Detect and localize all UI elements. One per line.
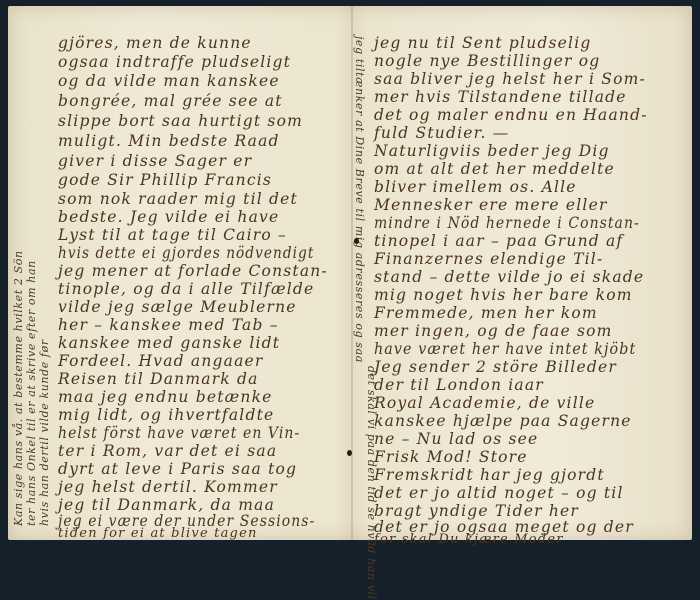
text-line: hvis dette ei gjordes nödvendigt bbox=[58, 244, 314, 262]
text-line: jeg helst dertil. Kommer bbox=[58, 478, 278, 496]
left-page: gjöres, men de kunne ogsaa indtraffe plu… bbox=[58, 6, 348, 540]
text-line: ogsaa indtraffe pludseligt bbox=[58, 53, 291, 71]
text-line: muligt. Min bedste Raad bbox=[58, 132, 280, 150]
right-page: jeg nu til Sent pludselig nogle nye Best… bbox=[374, 6, 684, 540]
text-line: have været her have intet kjöbt bbox=[374, 340, 636, 358]
text-line: Lyst til at tage til Cairo – bbox=[58, 226, 287, 244]
text-line: bongrée, mal grée see at bbox=[58, 92, 283, 110]
ink-blot bbox=[354, 238, 359, 244]
text-line: mig lidt, og ihvertfaldte bbox=[58, 406, 274, 424]
text-line: jeg mener at forlade Constan- bbox=[58, 262, 328, 280]
text-line: ne – Nu lad os see bbox=[374, 430, 538, 448]
text-line: om at alt det her meddelte bbox=[374, 160, 615, 178]
text-line: jeg nu til Sent pludselig bbox=[374, 34, 591, 52]
text-line: nogle nye Bestillinger og bbox=[374, 52, 600, 70]
text-line: dyrt at leve i Paris saa tog bbox=[58, 460, 297, 478]
text-line: mig noget hvis her bare kom bbox=[374, 286, 633, 304]
text-line: bliver imellem os. Alle bbox=[374, 178, 577, 196]
text-line: her – kanskee med Tab – bbox=[58, 316, 279, 334]
text-line: Frisk Mod! Store bbox=[374, 448, 528, 466]
text-line: stand – dette vilde jo ei skade bbox=[374, 268, 644, 286]
text-line: Finanzernes elendige Til- bbox=[374, 250, 603, 268]
text-line: fuld Studier. — bbox=[374, 124, 509, 142]
text-line: det og maler endnu en Haand- bbox=[374, 106, 648, 124]
text-line: kanskee med ganske lidt bbox=[58, 334, 280, 352]
text-line: mindre i Nöd hernede i Constan- bbox=[374, 214, 640, 232]
text-line: Reisen til Danmark da bbox=[58, 370, 259, 388]
left-margin-note-2: ter hans Onkel til er at skrive efter om… bbox=[25, 260, 38, 526]
text-line: gode Sir Phillip Francis bbox=[58, 171, 272, 189]
text-line: Royal Academie, de ville bbox=[374, 394, 595, 412]
text-line: ter i Rom, var det ei saa bbox=[58, 442, 277, 460]
text-line: for skal Du kjære Moder bbox=[374, 532, 564, 547]
text-line: Fremmede, men her kom bbox=[374, 304, 598, 322]
left-margin-note-1: Kan sige hans vå. at bestemme hvilket 2 … bbox=[12, 250, 25, 526]
text-line: maa jeg endnu betænke bbox=[58, 388, 273, 406]
left-margin-note-3: hvis han dertil vilde kunde før bbox=[38, 339, 51, 526]
letter-sheet: Kan sige hans vå. at bestemme hvilket 2 … bbox=[8, 6, 692, 540]
text-line: mer hvis Tilstandene tillade bbox=[374, 88, 627, 106]
text-line: tinopel i aar – paa Grund af bbox=[374, 232, 623, 250]
text-line: gjöres, men de kunne bbox=[58, 34, 252, 52]
text-line: giver i disse Sager er bbox=[58, 152, 252, 170]
text-line: tiden for ei at blive tagen bbox=[58, 526, 258, 541]
text-line: vilde jeg sælge Meublerne bbox=[58, 298, 297, 316]
text-line: Naturligviis beder jeg Dig bbox=[374, 142, 610, 160]
text-line: kanskee hjælpe paa Sagerne bbox=[374, 412, 632, 430]
text-line: der til London iaar bbox=[374, 376, 544, 394]
text-line: det er jo altid noget – og til bbox=[374, 484, 624, 502]
text-line: saa bliver jeg helst her i Som- bbox=[374, 70, 646, 88]
text-line: som nok raader mig til det bbox=[58, 190, 298, 208]
text-line: og da vilde man kanskee bbox=[58, 72, 280, 90]
center-margin-note-1: jeg tiltænker at Dine Breve til mig adre… bbox=[353, 36, 366, 363]
text-line: Mennesker ere mere eller bbox=[374, 196, 608, 214]
text-line: mer ingen, og de faae som bbox=[374, 322, 613, 340]
text-line: Jeg sender 2 störe Billeder bbox=[374, 358, 617, 376]
text-line: Fordeel. Hvad angaaer bbox=[58, 352, 264, 370]
text-line: helst först have været en Vin- bbox=[58, 424, 300, 442]
text-line: tinople, og da i alle Tilfælde bbox=[58, 280, 314, 298]
text-line: bedste. Jeg vilde ei have bbox=[58, 208, 279, 226]
text-line: Fremskridt har jeg gjordt bbox=[374, 466, 605, 484]
text-line: slippe bort saa hurtigt som bbox=[58, 112, 303, 130]
